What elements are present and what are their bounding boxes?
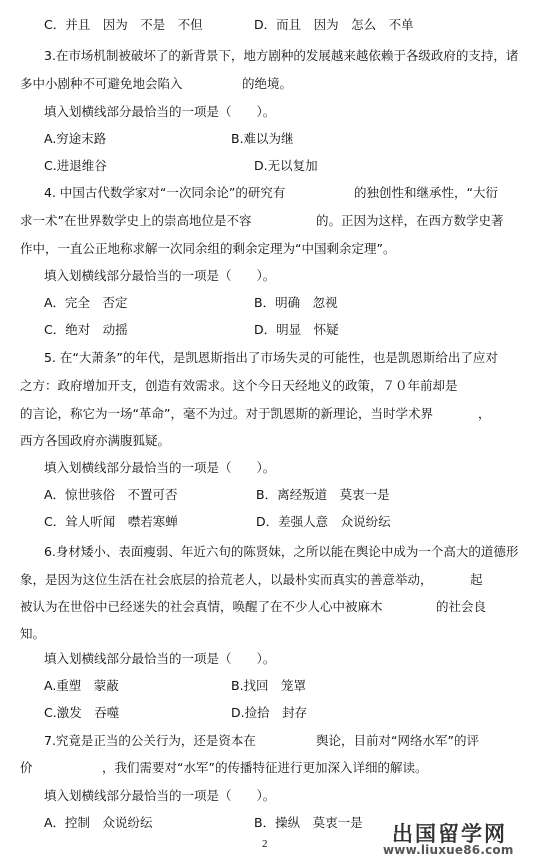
q7-stem-line1a: 7.究竟是正当的公关行为，还是资本在	[44, 733, 256, 749]
q7-stem-line2a: 价	[20, 760, 33, 776]
q2-option-d: D．而且 因为 怎么 不单	[254, 17, 414, 33]
q6-prompt: 填入划横线部分最恰当的一项是（ ）。	[44, 651, 275, 667]
q4-stem-line3: 作中，一直公正地称求解一次同余组的剩余定理为“中国剩余定理”。	[20, 241, 395, 257]
q6-stem-line3b: 的社会良	[436, 599, 486, 615]
q7-stem-line2b: ，我们需要对“水军”的传播特征进行更加深入详细的解读。	[102, 760, 427, 776]
q6-stem-line1: 6.身材矮小、表面瘦弱、年近六旬的陈贤妹，之所以能在舆论中成为一个高大的道德形	[44, 544, 518, 560]
q4-stem-line2b: 的。正因为这样，在西方数学史著	[316, 213, 504, 229]
q5-stem-line3a: 的言论，称它为一场“革命”，毫不为过。对于凯恩斯的新理论，当时学术界	[20, 406, 433, 422]
q7-option-b: B．操纵 莫衷一是	[254, 815, 363, 831]
q6-option-d: D.捡拾 封存	[231, 705, 307, 721]
q5-stem-line3b: ，	[478, 406, 491, 422]
q5-option-c: C．耸人听闻 噤若寒蝉	[44, 514, 178, 530]
watermark-url: www.liuxue86.com	[383, 843, 514, 857]
q3-option-c: C.进退维谷	[44, 158, 107, 174]
q7-stem-line1b: 舆论，目前对“网络水军”的评	[316, 733, 479, 749]
q5-stem-line1: 5. 在“大萧条”的年代，是凯恩斯指出了市场失灵的可能性，也是凯恩斯给出了应对	[44, 350, 498, 366]
q6-stem-line2a: 象，是因为这位生活在社会底层的拾荒老人，以最朴实而真实的善意举动，	[20, 572, 433, 588]
q6-stem-line4: 知。	[20, 626, 45, 642]
q3-option-b: B.难以为继	[231, 131, 294, 147]
q5-stem-line4: 西方各国政府亦满腹狐疑。	[20, 433, 170, 449]
q4-stem-line1b: 的独创性和继承性，“大衍	[354, 185, 498, 201]
q3-option-a: A.穷途末路	[44, 131, 106, 147]
q3-stem-line2b: 的绝境。	[242, 76, 292, 92]
q7-option-a: A．控制 众说纷纭	[44, 815, 153, 831]
page-number: 2	[262, 838, 268, 850]
q4-stem-line1a: 4. 中国古代数学家对“一次同余论”的研究有	[44, 185, 285, 201]
q4-option-a: A．完全 否定	[44, 295, 128, 311]
q5-stem-line2: 之方：政府增加开支，创造有效需求。这个今日天经地义的政策，７０年前却是	[20, 378, 458, 394]
q5-option-b: B．离经叛道 莫衷一是	[256, 487, 390, 503]
q4-option-d: D．明显 怀疑	[254, 322, 339, 338]
q6-option-b: B.找回 笼罩	[231, 678, 306, 694]
q2-option-c: C．并且 因为 不是 不但	[44, 17, 203, 33]
q6-option-a: A.重塑 蒙蔽	[44, 678, 119, 694]
q3-stem-line1: 3.在市场机制被破坏了的新背景下，地方剧种的发展越来越依赖于各级政府的支持，诸	[44, 48, 518, 64]
q7-prompt: 填入划横线部分最恰当的一项是（ ）。	[44, 788, 275, 804]
q4-option-b: B．明确 忽视	[254, 295, 338, 311]
q3-stem-line2a: 多中小剧种不可避免地会陷入	[20, 76, 183, 92]
q5-option-a: A．惊世骇俗 不置可否	[44, 487, 178, 503]
q5-prompt: 填入划横线部分最恰当的一项是（ ）。	[44, 460, 275, 476]
q4-prompt: 填入划横线部分最恰当的一项是（ ）。	[44, 268, 275, 284]
q6-option-c: C.激发 吞噬	[44, 705, 119, 721]
q3-prompt: 填入划横线部分最恰当的一项是（ ）。	[44, 104, 275, 120]
q4-option-c: C．绝对 动摇	[44, 322, 128, 338]
q6-stem-line3a: 被认为在世俗中已经迷失的社会真情，唤醒了在不少人心中被麻木	[20, 599, 383, 615]
q6-stem-line2b: 起	[470, 572, 483, 588]
q3-option-d: D.无以复加	[254, 158, 318, 174]
q4-stem-line2a: 求一术”在世界数学史上的崇高地位是不容	[20, 213, 251, 229]
q5-option-d: D．差强人意 众说纷纭	[256, 514, 391, 530]
